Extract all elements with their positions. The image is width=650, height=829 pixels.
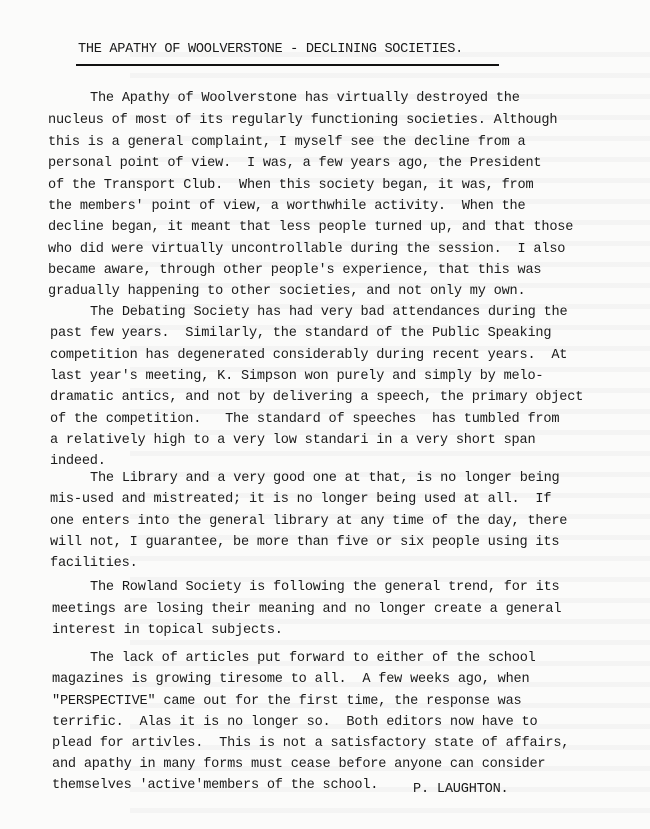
paragraph-3-line-3: one enters into the general library at a…	[50, 515, 567, 529]
paragraph-1-line-9: became aware, through other people's exp…	[48, 264, 541, 278]
paragraph-4-line-1: The Rowland Society is following the gen…	[90, 581, 560, 595]
paragraph-1-line-1: The Apathy of Woolverstone has virtually…	[90, 92, 520, 106]
paragraph-2-line-2: past few years. Similarly, the standard …	[50, 327, 551, 341]
author-signature: P. LAUGHTON.	[413, 782, 509, 797]
paragraph-5-line-6: and apathy in many forms must cease befo…	[52, 758, 545, 772]
paragraph-1-line-8: who did were virtually uncontrollable du…	[48, 243, 565, 257]
paragraph-1-line-7: decline began, it meant that less people…	[48, 221, 573, 235]
paragraph-5-line-4: terrific. Alas it is no longer so. Both …	[52, 716, 537, 730]
title-underline	[76, 64, 499, 66]
paragraph-3-line-5: facilities.	[50, 557, 138, 571]
document-title: THE APATHY OF WOOLVERSTONE - DECLINING S…	[78, 42, 463, 57]
paragraph-2-line-5: dramatic antics, and not by delivering a…	[50, 391, 583, 405]
paragraph-5-line-5: plead for artivles. This is not a satisf…	[52, 737, 569, 751]
paragraph-5-line-2: magazines is growing tiresome to all. A …	[52, 673, 529, 687]
paragraph-3-line-4: will not, I guarantee, be more than five…	[50, 536, 559, 550]
paragraph-1-line-2: nucleus of most of its regularly functio…	[48, 114, 557, 128]
paragraph-5-line-7: themselves 'active'members of the school…	[52, 779, 378, 793]
paragraph-5-line-3: "PERSPECTIVE" came out for the first tim…	[52, 695, 522, 709]
document-page: THE APATHY OF WOOLVERSTONE - DECLINING S…	[0, 0, 650, 829]
paragraph-2-line-4: last year's meeting, K. Simpson won pure…	[50, 370, 543, 384]
paragraph-1-line-5: of the Transport Club. When this society…	[48, 179, 533, 193]
paragraph-2-line-7: a relatively high to a very low standari…	[50, 434, 535, 448]
paragraph-2-line-3: competition has degenerated considerably…	[50, 349, 567, 363]
paragraph-4-line-3: interest in topical subjects.	[52, 624, 283, 638]
paragraph-3-line-1: The Library and a very good one at that,…	[90, 472, 560, 486]
paragraph-1-line-3: this is a general complaint, I myself se…	[48, 136, 525, 150]
paragraph-4-line-2: meetings are losing their meaning and no…	[52, 603, 561, 617]
paragraph-3-line-2: mis-used and mistreated; it is no longer…	[50, 493, 551, 507]
paragraph-2-line-8: indeed.	[50, 455, 106, 469]
paragraph-1-line-6: the members' point of view, a worthwhile…	[48, 200, 525, 214]
paragraph-2-line-6: of the competition. The standard of spee…	[50, 413, 559, 427]
paragraph-1-line-4: personal point of view. I was, a few yea…	[48, 157, 541, 171]
paragraph-5-line-1: The lack of articles put forward to eith…	[90, 652, 536, 666]
paragraph-1-line-10: gradually happening to other societies, …	[48, 285, 525, 299]
paragraph-2-line-1: The Debating Society has had very bad at…	[90, 306, 567, 320]
